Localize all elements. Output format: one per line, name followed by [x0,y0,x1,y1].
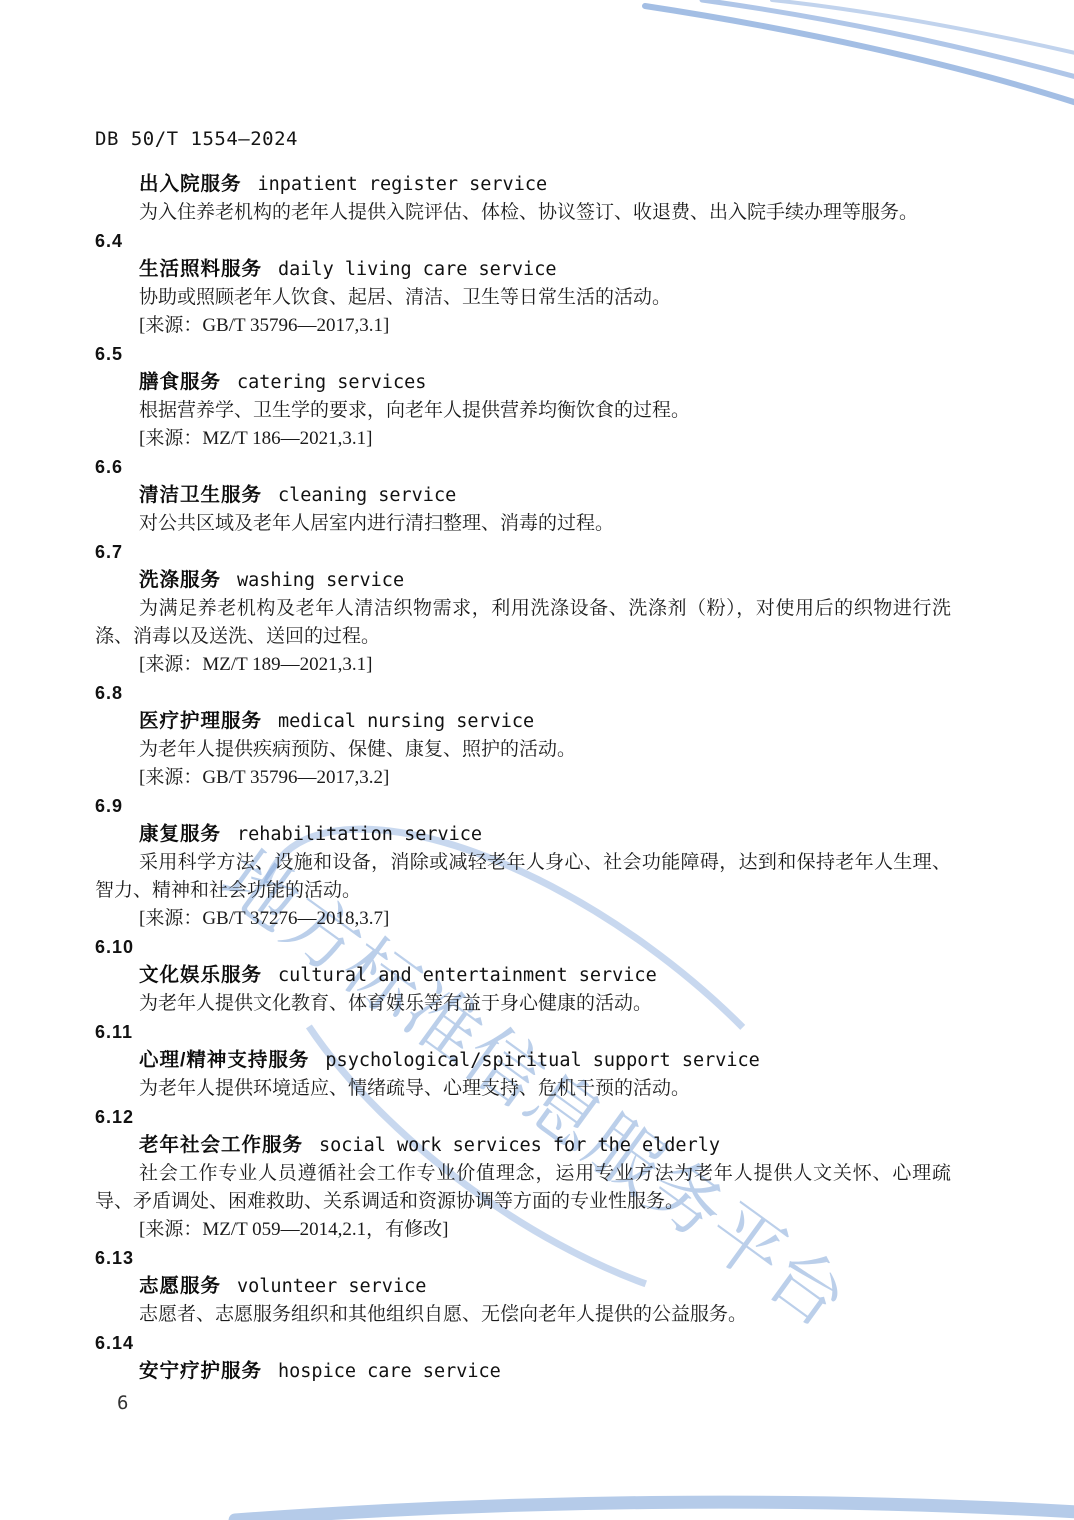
terms-section-list: 出入院服务inpatient register service 为入住养老机构的… [95,170,951,1386]
term-english: cleaning service [278,485,456,506]
term-chinese: 膳食服务 [139,371,221,393]
term-definition: 为老年人提供环境适应、情绪疏导、心理支持、危机干预的活动。 [95,1075,951,1103]
term-english: washing service [237,570,404,591]
section-number: 6.7 [95,538,951,566]
term-section: 6.5 膳食服务catering services 根据营养学、卫生学的要求，向… [95,340,951,453]
term-english: cultural and entertainment service [278,965,657,986]
term-line: 志愿服务volunteer service [95,1272,951,1301]
term-definition: 为老年人提供疾病预防、保健、康复、照护的活动。 [95,736,951,764]
watermark-top-right-stroke-3 [772,0,1074,54]
term-line: 洗涤服务washing service [95,566,951,595]
term-line: 膳食服务catering services [95,368,951,397]
term-line: 心理/精神支持服务psychological/spiritual support… [95,1046,951,1075]
term-section: 出入院服务inpatient register service 为入住养老机构的… [95,170,951,227]
section-number: 6.5 [95,340,951,368]
term-definition: 根据营养学、卫生学的要求，向老年人提供营养均衡饮食的过程。 [95,397,951,425]
standard-number-header: DB 50/T 1554—2024 [95,128,298,150]
term-section: 6.4 生活照料服务daily living care service 协助或照… [95,227,951,340]
term-english: psychological/spiritual support service [325,1050,759,1071]
term-definition: 协助或照顾老年人饮食、起居、清洁、卫生等日常生活的活动。 [95,284,951,312]
section-number: 6.4 [95,227,951,255]
term-english: daily living care service [278,259,556,280]
term-section: 6.9 康复服务rehabilitation service 采用科学方法、设施… [95,792,951,933]
term-line: 安宁疗护服务hospice care service [95,1357,951,1386]
term-chinese: 志愿服务 [139,1275,221,1297]
term-chinese: 生活照料服务 [139,258,262,280]
section-number: 6.11 [95,1018,951,1046]
term-section: 6.13 志愿服务volunteer service 志愿者、志愿服务组织和其他… [95,1244,951,1329]
term-section: 6.7 洗涤服务washing service 为满足养老机构及老年人清洁织物需… [95,538,951,679]
section-number: 6.8 [95,679,951,707]
term-chinese: 医疗护理服务 [139,710,262,732]
term-source: [来源：MZ/T 059—2014,2.1，有修改] [95,1216,951,1244]
term-definition: 采用科学方法、设施和设备，消除或减轻老年人身心、社会功能障碍，达到和保持老年人生… [95,849,951,905]
term-line: 医疗护理服务medical nursing service [95,707,951,736]
watermark-top-right-stroke-1 [645,6,1074,104]
term-section: 6.11 心理/精神支持服务psychological/spiritual su… [95,1018,951,1103]
section-number: 6.14 [95,1329,951,1357]
term-definition: 为入住养老机构的老年人提供入院评估、体检、协议签订、收退费、出入院手续办理等服务… [95,199,951,227]
term-section: 6.14 安宁疗护服务hospice care service [95,1329,951,1386]
term-chinese: 心理/精神支持服务 [139,1049,309,1071]
term-chinese: 文化娱乐服务 [139,964,262,986]
term-chinese: 出入院服务 [139,173,242,195]
term-definition: 为满足养老机构及老年人清洁织物需求，利用洗涤设备、洗涤剂（粉），对使用后的织物进… [95,595,951,651]
section-number: 6.13 [95,1244,951,1272]
term-source: [来源：GB/T 35796—2017,3.2] [95,764,951,792]
watermark-top-right-stroke-2 [702,0,1074,78]
term-english: hospice care service [278,1361,501,1382]
term-definition: 为老年人提供文化教育、体育娱乐等有益于身心健康的活动。 [95,990,951,1018]
term-chinese: 安宁疗护服务 [139,1360,262,1382]
term-definition: 对公共区域及老年人居室内进行清扫整理、消毒的过程。 [95,510,951,538]
term-chinese: 清洁卫生服务 [139,484,262,506]
term-source: [来源：MZ/T 186—2021,3.1] [95,425,951,453]
term-english: medical nursing service [278,711,534,732]
term-source: [来源：MZ/T 189—2021,3.1] [95,651,951,679]
term-english: catering services [237,372,426,393]
term-english: volunteer service [237,1276,426,1297]
section-number: 6.6 [95,453,951,481]
term-line: 文化娱乐服务cultural and entertainment service [95,961,951,990]
term-chinese: 康复服务 [139,823,221,845]
term-section: 6.10 文化娱乐服务cultural and entertainment se… [95,933,951,1018]
term-line: 生活照料服务daily living care service [95,255,951,284]
term-line: 清洁卫生服务cleaning service [95,481,951,510]
term-definition: 志愿者、志愿服务组织和其他组织自愿、无偿向老年人提供的公益服务。 [95,1301,951,1329]
section-number: 6.12 [95,1103,951,1131]
term-section: 6.6 清洁卫生服务cleaning service 对公共区域及老年人居室内进… [95,453,951,538]
term-chinese: 洗涤服务 [139,569,221,591]
term-line: 老年社会工作服务social work services for the eld… [95,1131,951,1160]
term-section: 6.12 老年社会工作服务social work services for th… [95,1103,951,1244]
page-number: 6 [117,1392,128,1414]
term-definition: 社会工作专业人员遵循社会工作专业价值理念，运用专业方法为老年人提供人文关怀、心理… [95,1160,951,1216]
term-line: 出入院服务inpatient register service [95,170,951,199]
term-line: 康复服务rehabilitation service [95,820,951,849]
section-number: 6.9 [95,792,951,820]
term-chinese: 老年社会工作服务 [139,1134,303,1156]
term-english: rehabilitation service [237,824,482,845]
term-source: [来源：GB/T 35796—2017,3.1] [95,312,951,340]
term-section: 6.8 医疗护理服务medical nursing service 为老年人提供… [95,679,951,792]
watermark-bottom-band [235,1502,1074,1520]
term-source: [来源：GB/T 37276—2018,3.7] [95,905,951,933]
term-english: social work services for the elderly [319,1135,720,1156]
section-number: 6.10 [95,933,951,961]
term-english: inpatient register service [258,174,548,195]
document-page: 地方标准信息服务平台 DB 50/T 1554—2024 出入院服务inpati… [0,0,1074,1520]
